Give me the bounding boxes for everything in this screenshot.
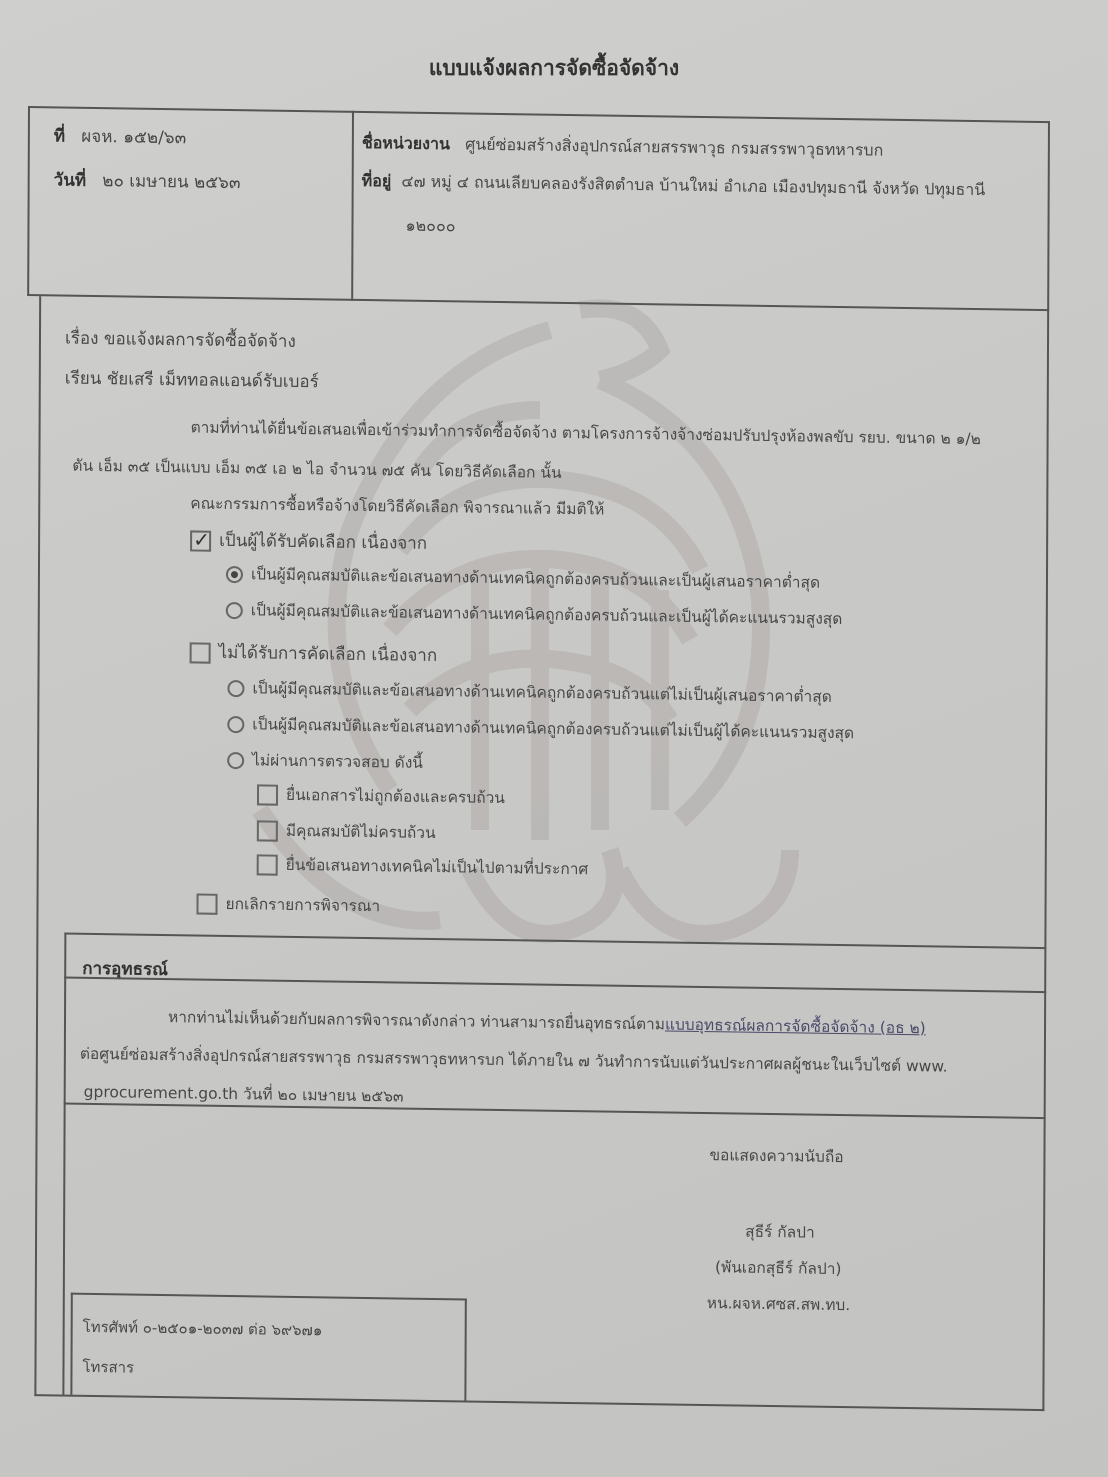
not-selected-reason-price[interactable]: เป็นผู้มีคุณสมบัติและข้อเสนอทางด้านเทคนิ… — [227, 675, 831, 709]
frame-right-border — [1042, 121, 1050, 1411]
appeal-top-divider — [64, 933, 1046, 950]
signer-position: หน.ผจห.ศซส.สพ.ทบ. — [707, 1290, 850, 1317]
appeal-line-2: ต่อศูนย์ซ่อมสร้างสิ่งอุปกรณ์สายสรรพาวุธ … — [80, 1041, 948, 1079]
frame-bottom-border — [34, 1394, 1044, 1411]
sub-check-label: มีคุณสมบัติไม่ครบถ้วน — [286, 822, 436, 842]
agency-label: ชื่อหน่วยงาน — [362, 133, 450, 153]
appeal-bottom-divider — [64, 1103, 1046, 1120]
recipient-line: เรียน ชัยเสรี เม็ททอลแอนด์รับเบอร์ — [65, 365, 319, 396]
form-frame: ที่ ผจห. ๑๕๒/๖๓ วันที่ ๒๐ เมษายน ๒๕๖๓ ชื… — [22, 106, 1050, 1411]
reason-label: เป็นผู้มีคุณสมบัติและข้อเสนอทางด้านเทคนิ… — [251, 601, 843, 628]
postcode: ๑๒๐๐๐ — [405, 214, 455, 240]
sub-check-technical[interactable]: ยื่นข้อเสนอทางเทคนิคไม่เป็นไปตามที่ประกา… — [257, 851, 589, 881]
sub-check-label: ยื่นเอกสารไม่ถูกต้องและครบถ้วน — [286, 786, 505, 807]
document-date: วันที่ ๒๐ เมษายน ๒๕๖๓ — [54, 166, 241, 196]
option-cancel[interactable]: ยกเลิกรายการพิจารณา — [196, 891, 380, 919]
not-selected-reason-failed-check[interactable]: ไม่ผ่านการตรวจสอบ ดังนี้ — [227, 747, 423, 775]
appeal-form-link[interactable]: แบบอุทธรณ์ผลการจัดซื้อจัดจ้าง (อธ ๒) — [665, 1015, 926, 1037]
contact-box-left — [70, 1293, 72, 1395]
reason-label: เป็นผู้มีคุณสมบัติและข้อเสนอทางด้านเทคนิ… — [252, 679, 831, 706]
header-bottom-divider — [27, 294, 1049, 311]
body-paragraph-line-1: ตามที่ท่านได้ยื่นข้อเสนอเพื่อเข้าร่วมทำก… — [191, 414, 981, 451]
cancel-checkbox[interactable] — [196, 894, 217, 915]
not-lowest-price-radio[interactable] — [227, 680, 244, 697]
contact-phone: โทรศัพท์ ๐-๒๕๐๑-๒๐๓๗ ต่อ ๖๙๖๗๑ — [83, 1315, 323, 1343]
frame-top-border — [28, 106, 1050, 123]
contact-box-top — [71, 1293, 467, 1301]
appeal-heading-divider — [64, 977, 1046, 994]
option-selected[interactable]: เป็นผู้ได้รับคัดเลือก เนื่องจาก — [190, 526, 427, 557]
not-selected-label: ไม่ได้รับการคัดเลือก เนื่องจาก — [219, 643, 438, 666]
sub-check-qualifications[interactable]: มีคุณสมบัติไม่ครบถ้วน — [257, 817, 436, 845]
body-paragraph-line-3: คณะกรรมการซื้อหรือจ้างโดยวิธีคัดเลือก พิ… — [190, 490, 604, 521]
technical-checkbox[interactable] — [257, 854, 278, 875]
signer-name: สุธีร์ กัลปา — [745, 1219, 815, 1245]
appeal-line-1: หากท่านไม่เห็นด้วยกับผลการพิจารณาดังกล่า… — [168, 1004, 926, 1040]
appeal-text: หากท่านไม่เห็นด้วยกับผลการพิจารณาดังกล่า… — [168, 1008, 665, 1033]
reason-label: ไม่ผ่านการตรวจสอบ ดังนี้ — [252, 751, 423, 772]
phone-label: โทรศัพท์ — [83, 1318, 138, 1337]
selected-reason-highest-score[interactable]: เป็นผู้มีคุณสมบัติและข้อเสนอทางด้านเทคนิ… — [226, 597, 843, 631]
cancel-label: ยกเลิกรายการพิจารณา — [225, 895, 380, 915]
agency-value: ศูนย์ซ่อมสร้างสิ่งอุปกรณ์สายสรรพาวุธ กรม… — [465, 134, 883, 159]
not-selected-reason-score[interactable]: เป็นผู้มีคุณสมบัติและข้อเสนอทางด้านเทคนิ… — [227, 711, 854, 745]
failed-check-radio[interactable] — [227, 752, 244, 769]
lowest-price-radio[interactable] — [226, 566, 243, 583]
subject-line: เรื่อง ขอแจ้งผลการจัดซื้อจัดจ้าง — [65, 325, 296, 355]
reference-value: ผจห. ๑๕๒/๖๓ — [81, 127, 186, 149]
fax-label: โทรสาร — [82, 1358, 134, 1377]
frame-left-border-top — [27, 106, 30, 296]
phone-value: ๐-๒๕๐๑-๒๐๓๗ ต่อ ๖๙๖๗๑ — [143, 1319, 323, 1340]
contact-box-right — [464, 1298, 466, 1400]
selected-reason-lowest-price[interactable]: เป็นผู้มีคุณสมบัติและข้อเสนอทางด้านเทคนิ… — [226, 561, 820, 595]
option-not-selected[interactable]: ไม่ได้รับการคัดเลือก เนื่องจาก — [190, 638, 438, 669]
highest-score-radio[interactable] — [226, 602, 243, 619]
closing-salutation: ขอแสดงความนับถือ — [709, 1142, 843, 1169]
reason-label: เป็นผู้มีคุณสมบัติและข้อเสนอทางด้านเทคนิ… — [251, 565, 820, 591]
qualifications-checkbox[interactable] — [257, 820, 278, 841]
address-value: ๔๗ หมู่ ๔ ถนนเลียบคลองรังสิตตำบล บ้านใหม… — [401, 172, 985, 200]
recipient-label: เรียน — [65, 369, 102, 390]
subject-label: เรื่อง — [65, 329, 99, 349]
reference-number: ที่ ผจห. ๑๕๒/๖๓ — [54, 122, 187, 151]
selected-checkbox[interactable] — [190, 530, 211, 551]
date-label: วันที่ — [54, 170, 86, 190]
signer-full-name: (พันเอกสุธีร์ กัลปา) — [715, 1254, 842, 1281]
scanned-document-page: แบบแจ้งผลการจัดซื้อจัดจ้าง ที่ ผจห. ๑๕๒/… — [0, 0, 1108, 1477]
body-paragraph-line-2: ตัน เอ็ม ๓๕ เป็นแบบ เอ็ม ๓๕ เอ ๒ ไอ จำนว… — [72, 453, 561, 485]
not-selected-checkbox[interactable] — [190, 642, 211, 663]
appeal-left-border — [62, 933, 66, 1395]
date-value: ๒๐ เมษายน ๒๕๖๓ — [102, 171, 240, 193]
contact-fax: โทรสาร — [82, 1355, 134, 1380]
header-column-divider — [351, 111, 354, 301]
sub-check-label: ยื่นข้อเสนอทางเทคนิคไม่เป็นไปตามที่ประกา… — [286, 856, 589, 878]
agency-name: ชื่อหน่วยงาน ศูนย์ซ่อมสร้างสิ่งอุปกรณ์สา… — [362, 131, 884, 164]
reference-label: ที่ — [54, 126, 65, 146]
recipient-value: ชัยเสรี เม็ททอลแอนด์รับเบอร์ — [107, 369, 319, 392]
subject-value: ขอแจ้งผลการจัดซื้อจัดจ้าง — [104, 329, 296, 352]
agency-address: ที่อยู่ ๔๗ หมู่ ๔ ถนนเลียบคลองรังสิตตำบล… — [362, 169, 986, 203]
not-highest-score-radio[interactable] — [227, 716, 244, 733]
frame-left-border — [34, 296, 41, 1396]
documents-checkbox[interactable] — [257, 784, 278, 805]
selected-label: เป็นผู้ได้รับคัดเลือก เนื่องจาก — [219, 531, 427, 554]
reason-label: เป็นผู้มีคุณสมบัติและข้อเสนอทางด้านเทคนิ… — [252, 715, 854, 742]
document-title: แบบแจ้งผลการจัดซื้อจัดจ้าง — [0, 52, 1108, 85]
address-label: ที่อยู่ — [362, 171, 392, 190]
sub-check-documents[interactable]: ยื่นเอกสารไม่ถูกต้องและครบถ้วน — [257, 781, 505, 810]
